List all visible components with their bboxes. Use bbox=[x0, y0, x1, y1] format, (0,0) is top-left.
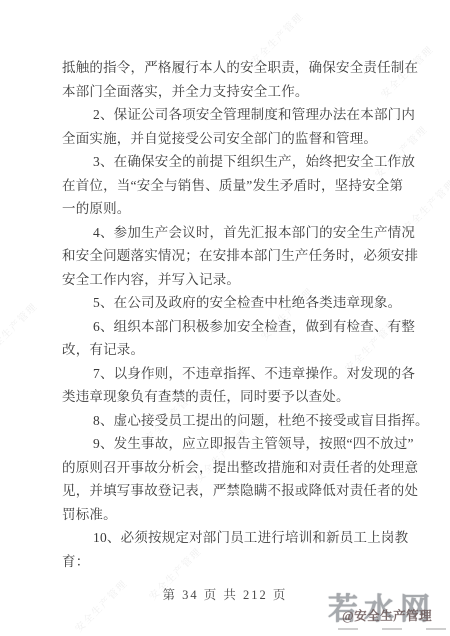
document-page: 安全生产管理 安全生产管理 安全生产管理 安全生产管理 安全生产管理 安全生产管… bbox=[0, 0, 450, 636]
text-line: 一的原则。 bbox=[62, 197, 392, 221]
text-line: 的原则召开事故分析会，提出整改措施和对责任者的处理意 bbox=[62, 456, 392, 480]
text-line: 4、参加生产会议时，首先汇报本部门的安全生产情况 bbox=[62, 221, 392, 245]
text-line: 5、在公司及政府的安全检查中杜绝各类违章现象。 bbox=[62, 291, 392, 315]
text-line: 安全工作内容，并写入记录。 bbox=[62, 268, 392, 292]
text-line: 8、虚心接受员工提出的问题，杜绝不接受或盲目指挥。 bbox=[62, 409, 392, 433]
text-line: 10、必须按规定对部门员工进行培训和新员工上岗教 bbox=[62, 526, 392, 550]
text-line: 3、在确保安全的前提下组织生产，始终把安全工作放 bbox=[62, 150, 392, 174]
text-line: 本部门全面落实，并全力支持安全工作。 bbox=[62, 80, 392, 104]
text-line: 育： bbox=[62, 550, 392, 574]
text-line: 6、组织本部门积极参加安全检查，做到有检查、有整 bbox=[62, 315, 392, 339]
text-line: 改，有记录。 bbox=[62, 338, 392, 362]
diagonal-watermark: 安全生产管理 bbox=[0, 298, 40, 357]
site-logo: 若水网 @安全生产管理 bbox=[328, 594, 446, 634]
text-line: 抵触的指令，严格履行本人的安全职责，确保安全责任制在 bbox=[62, 56, 392, 80]
text-line: 在首位，当“安全与销售、质量”发生矛盾时，坚持安全第 bbox=[62, 174, 392, 198]
text-line: 全面实施，并自觉接受公司安全部门的监督和管理。 bbox=[62, 127, 392, 151]
document-body: 抵触的指令，严格履行本人的安全职责，确保安全责任制在本部门全面落实，并全力支持安… bbox=[62, 56, 392, 573]
text-line: 2、保证公司各项安全管理制度和管理办法在本部门内 bbox=[62, 103, 392, 127]
text-line: 和安全问题落实情况；在安排本部门生产任务时，必须安排 bbox=[62, 244, 392, 268]
text-line: 见，并填写事故登记表，严禁隐瞒不报或降低对责任者的处 bbox=[62, 479, 392, 503]
text-line: 罚标准。 bbox=[62, 503, 392, 527]
text-line: 7、以身作则，不违章指挥、不违章操作。对发现的各 bbox=[62, 362, 392, 386]
text-line: 9、发生事故，应立即报告主管领导，按照“四不放过” bbox=[62, 432, 392, 456]
text-line: 类违章现象负有查禁的责任，同时要予以查处。 bbox=[62, 385, 392, 409]
logo-underline-marks bbox=[338, 628, 446, 630]
site-logo-overlay-watermark: @安全生产管理 bbox=[342, 606, 432, 624]
